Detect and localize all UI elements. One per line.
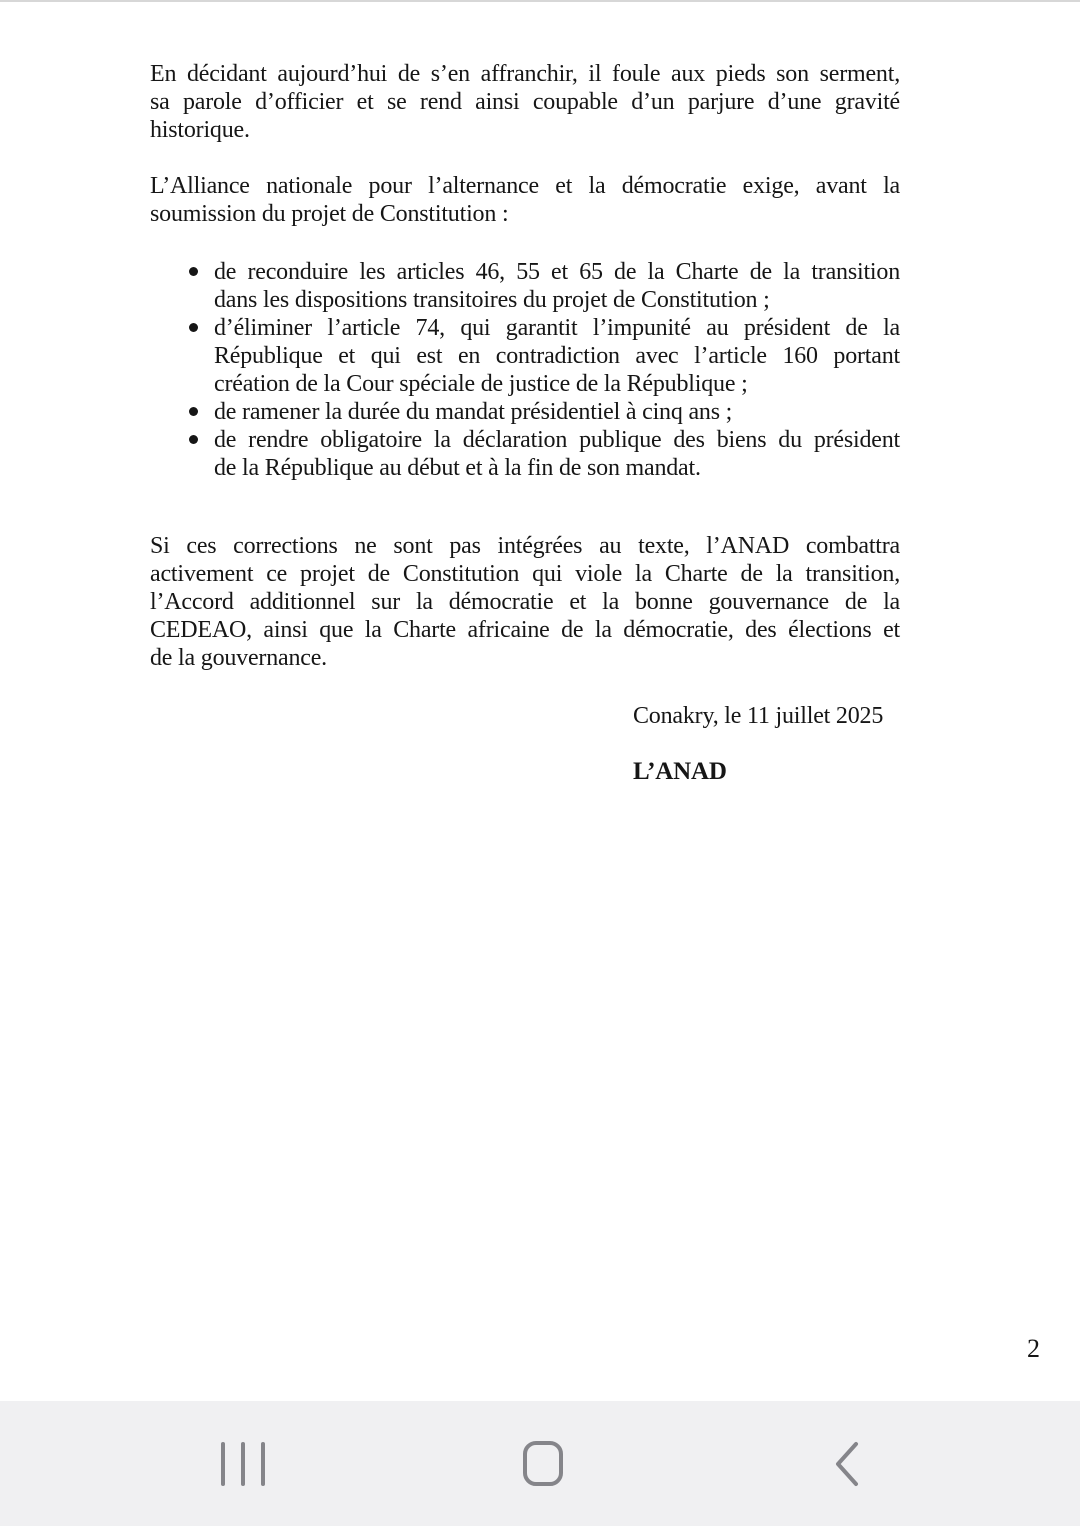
signature: L’ANAD (633, 758, 900, 786)
document-page[interactable]: En décidant aujourd’hui de s’en affranch… (150, 60, 900, 786)
demands-list: de reconduire les articles 46, 55 et 65 … (150, 258, 900, 482)
back-icon (834, 1440, 860, 1488)
text-line: L’Alliance nationale pour l’alternance e… (150, 172, 900, 200)
dateline: Conakry, le 11 juillet 2025 (633, 702, 900, 730)
recents-icon (221, 1442, 265, 1486)
demand-item: de rendre obligatoire la déclaration pub… (150, 426, 900, 482)
recents-button[interactable] (203, 1401, 283, 1526)
text-line: de la gouvernance. (150, 644, 900, 672)
text-line: de ramener la durée du mandat présidenti… (214, 398, 900, 426)
demand-item: de reconduire les articles 46, 55 et 65 … (150, 258, 900, 314)
text-line: historique. (150, 116, 900, 144)
demand-item: d’éliminer l’article 74, qui garantit l’… (150, 314, 900, 398)
text-line: dans les dispositions transitoires du pr… (214, 286, 900, 314)
text-line: création de la Cour spéciale de justice … (214, 370, 900, 398)
text-line: En décidant aujourd’hui de s’en affranch… (150, 60, 900, 88)
android-navbar (0, 1401, 1080, 1526)
text-line: sa parole d’officier et se rend ainsi co… (150, 88, 900, 116)
text-line: de rendre obligatoire la déclaration pub… (214, 426, 900, 454)
text-line: soumission du projet de Constitution : (150, 200, 900, 228)
home-button[interactable] (503, 1401, 583, 1526)
text-line: d’éliminer l’article 74, qui garantit l’… (214, 314, 900, 342)
text-line: Si ces corrections ne sont pas intégrées… (150, 532, 900, 560)
demand-item: de ramener la durée du mandat présidenti… (150, 398, 900, 426)
text-line: CEDEAO, ainsi que la Charte africaine de… (150, 616, 900, 644)
page-number: 2 (1027, 1334, 1040, 1364)
closing-block: Conakry, le 11 juillet 2025 L’ANAD (150, 702, 900, 786)
text-line: activement ce projet de Constitution qui… (150, 560, 900, 588)
back-button[interactable] (807, 1401, 887, 1526)
text-line: de reconduire les articles 46, 55 et 65 … (214, 258, 900, 286)
text-line: République et qui est en contradiction a… (214, 342, 900, 370)
paragraph-demands-intro: L’Alliance nationale pour l’alternance e… (150, 172, 900, 228)
paragraph-warning: Si ces corrections ne sont pas intégrées… (150, 532, 900, 672)
text-line: de la République au début et à la fin de… (214, 454, 900, 482)
text-line: l’Accord additionnel sur la démocratie e… (150, 588, 900, 616)
screen: En décidant aujourd’hui de s’en affranch… (0, 0, 1080, 1526)
top-hairline (0, 0, 1080, 2)
paragraph-oath: En décidant aujourd’hui de s’en affranch… (150, 60, 900, 144)
home-icon (523, 1441, 563, 1486)
